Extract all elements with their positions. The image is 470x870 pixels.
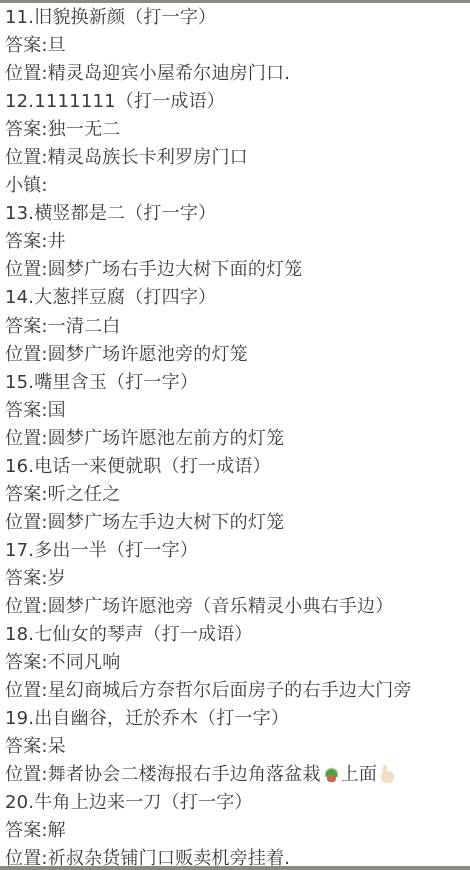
riddle-16-location: 位置:圆梦广场左手边大树下的灯笼 [5,509,470,537]
riddle-14-answer: 答案:一清二白 [5,313,470,341]
riddle-20-answer: 答案:解 [5,817,470,845]
riddle-12-answer: 答案:独一无二 [5,116,470,144]
riddle-18-answer: 答案:不同凡响 [5,649,470,677]
riddle-11-answer: 答案:旦 [5,32,470,60]
pointing-hand-icon [378,765,396,783]
riddle-19-location: 位置:舞者协会二楼海报右手边角落盆栽上面 [5,761,470,789]
riddle-15-answer: 答案:国 [5,397,470,425]
riddle-19-question: 19.出自幽谷，迁於乔木（打一字） [5,705,470,733]
riddle-19-location-text-2: 上面 [341,764,377,785]
riddle-18-location: 位置:星幻商城后方奈哲尔后面房子的右手边大门旁 [5,677,470,705]
riddle-document: 11.旧貌换新颜（打一字） 答案:旦 位置:精灵岛迎宾小屋希尔迪房门口. 12.… [5,4,470,870]
riddle-18-question: 18.七仙女的琴声（打一成语） [5,621,470,649]
riddle-16-question: 16.电话一来便就职（打一成语） [5,453,470,481]
riddle-19-answer: 答案:呆 [5,733,470,761]
riddle-13-question: 13.横竖都是二（打一字） [5,200,470,228]
riddle-15-question: 15.嘴里含玉（打一字） [5,369,470,397]
riddle-14-question: 14.大葱拌豆腐（打四字） [5,284,470,312]
top-edge-bar [0,0,470,3]
riddle-17-location: 位置:圆梦广场许愿池旁（音乐精灵小典右手边） [5,593,470,621]
riddle-13-answer: 答案:井 [5,228,470,256]
riddle-12-location: 位置:精灵岛族长卡利罗房门口 [5,144,470,172]
riddle-15-location: 位置:圆梦广场许愿池左前方的灯笼 [5,425,470,453]
riddle-11-question: 11.旧貌换新颜（打一字） [5,4,470,32]
riddle-14-location: 位置:圆梦广场许愿池旁的灯笼 [5,341,470,369]
potted-plant-icon [322,765,340,783]
bottom-edge-bar [0,866,470,870]
section-heading-town: 小镇: [5,172,470,200]
riddle-20-question: 20.牛角上边来一刀（打一字） [5,789,470,817]
riddle-16-answer: 答案:听之任之 [5,481,470,509]
riddle-17-answer: 答案:岁 [5,565,470,593]
riddle-19-location-text: 位置:舞者协会二楼海报右手边角落盆栽 [5,764,321,785]
riddle-11-location: 位置:精灵岛迎宾小屋希尔迪房门口. [5,60,470,88]
riddle-13-location: 位置:圆梦广场右手边大树下面的灯笼 [5,256,470,284]
riddle-17-question: 17.多出一半（打一字） [5,537,470,565]
riddle-12-question: 12.1111111（打一成语） [5,88,470,116]
